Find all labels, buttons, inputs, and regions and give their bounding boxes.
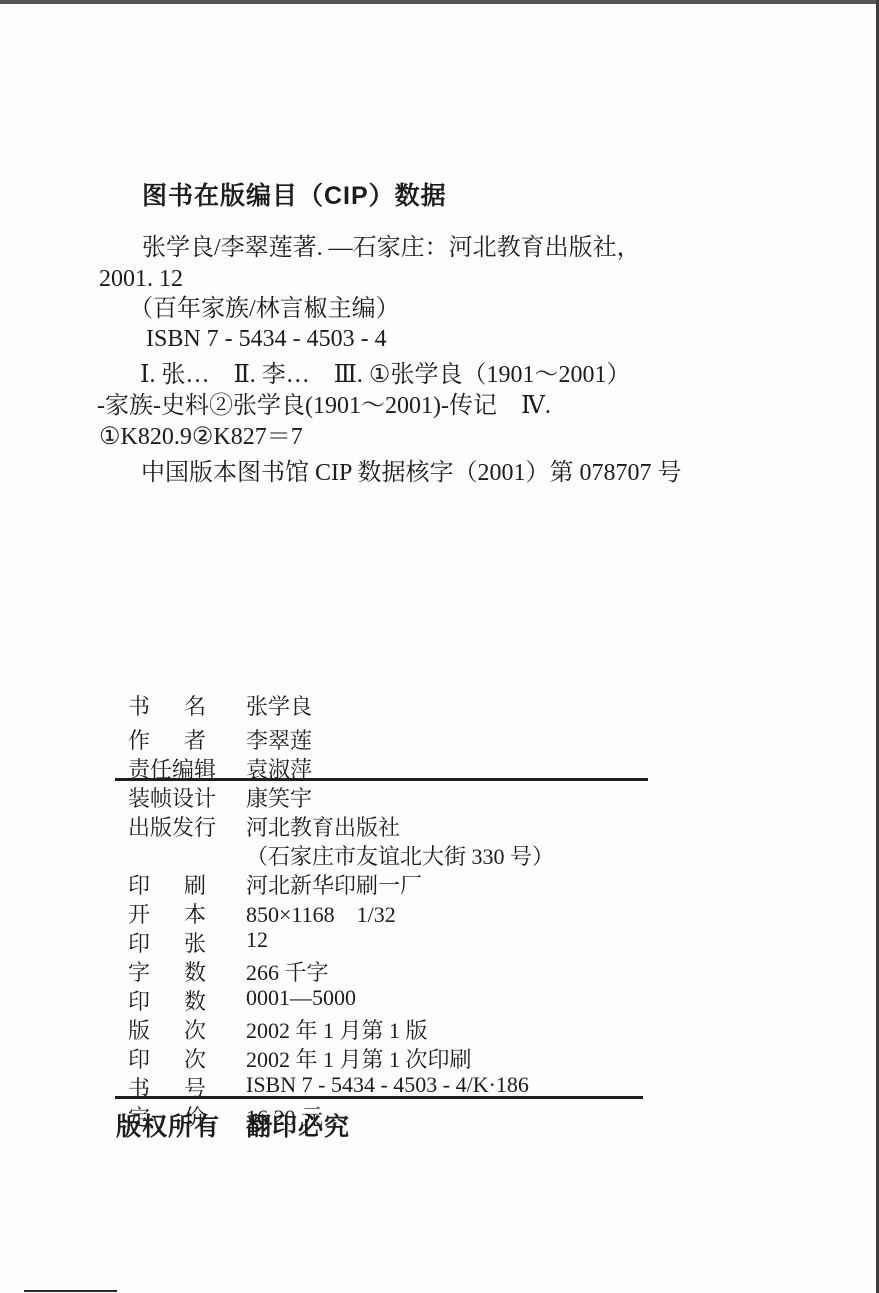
copyright-notice: 版权所有 翻印必究: [116, 1107, 350, 1143]
cip-isbn-line: ISBN 7 - 5434 - 4503 - 4: [146, 325, 387, 354]
cip-publication-line-2: 2001. 12: [99, 265, 183, 294]
colophon-value: 850×1168 1/32: [246, 898, 396, 929]
cip-classification-line-1: Ⅰ. 张… Ⅱ. 李… Ⅲ. ①张学良（1901～2001）: [140, 361, 630, 390]
cip-title: 图书在版编目（CIP）数据: [142, 181, 447, 211]
scan-top-edge: [0, 0, 879, 4]
cip-series-line: （百年家族/林言椒主编）: [129, 295, 400, 324]
divider-rule-bottom: [115, 1096, 643, 1099]
colophon-label: 出版发行: [128, 811, 206, 842]
cip-publication-line-1: 张学良/李翠莲著. —石家庄：河北教育出版社，: [142, 234, 641, 263]
cip-classification-line-2: -家族-史料②张学良(1901～2001)-传记 Ⅳ.: [97, 392, 551, 421]
scan-bottom-artifact: [24, 1290, 117, 1292]
cip-record-number-line: 中国版本图书馆 CIP 数据核字（2001）第 078707 号: [141, 459, 681, 488]
cip-classification-line-3: ①K820.9②K827＝7: [99, 423, 303, 452]
divider-rule-top: [115, 778, 648, 781]
